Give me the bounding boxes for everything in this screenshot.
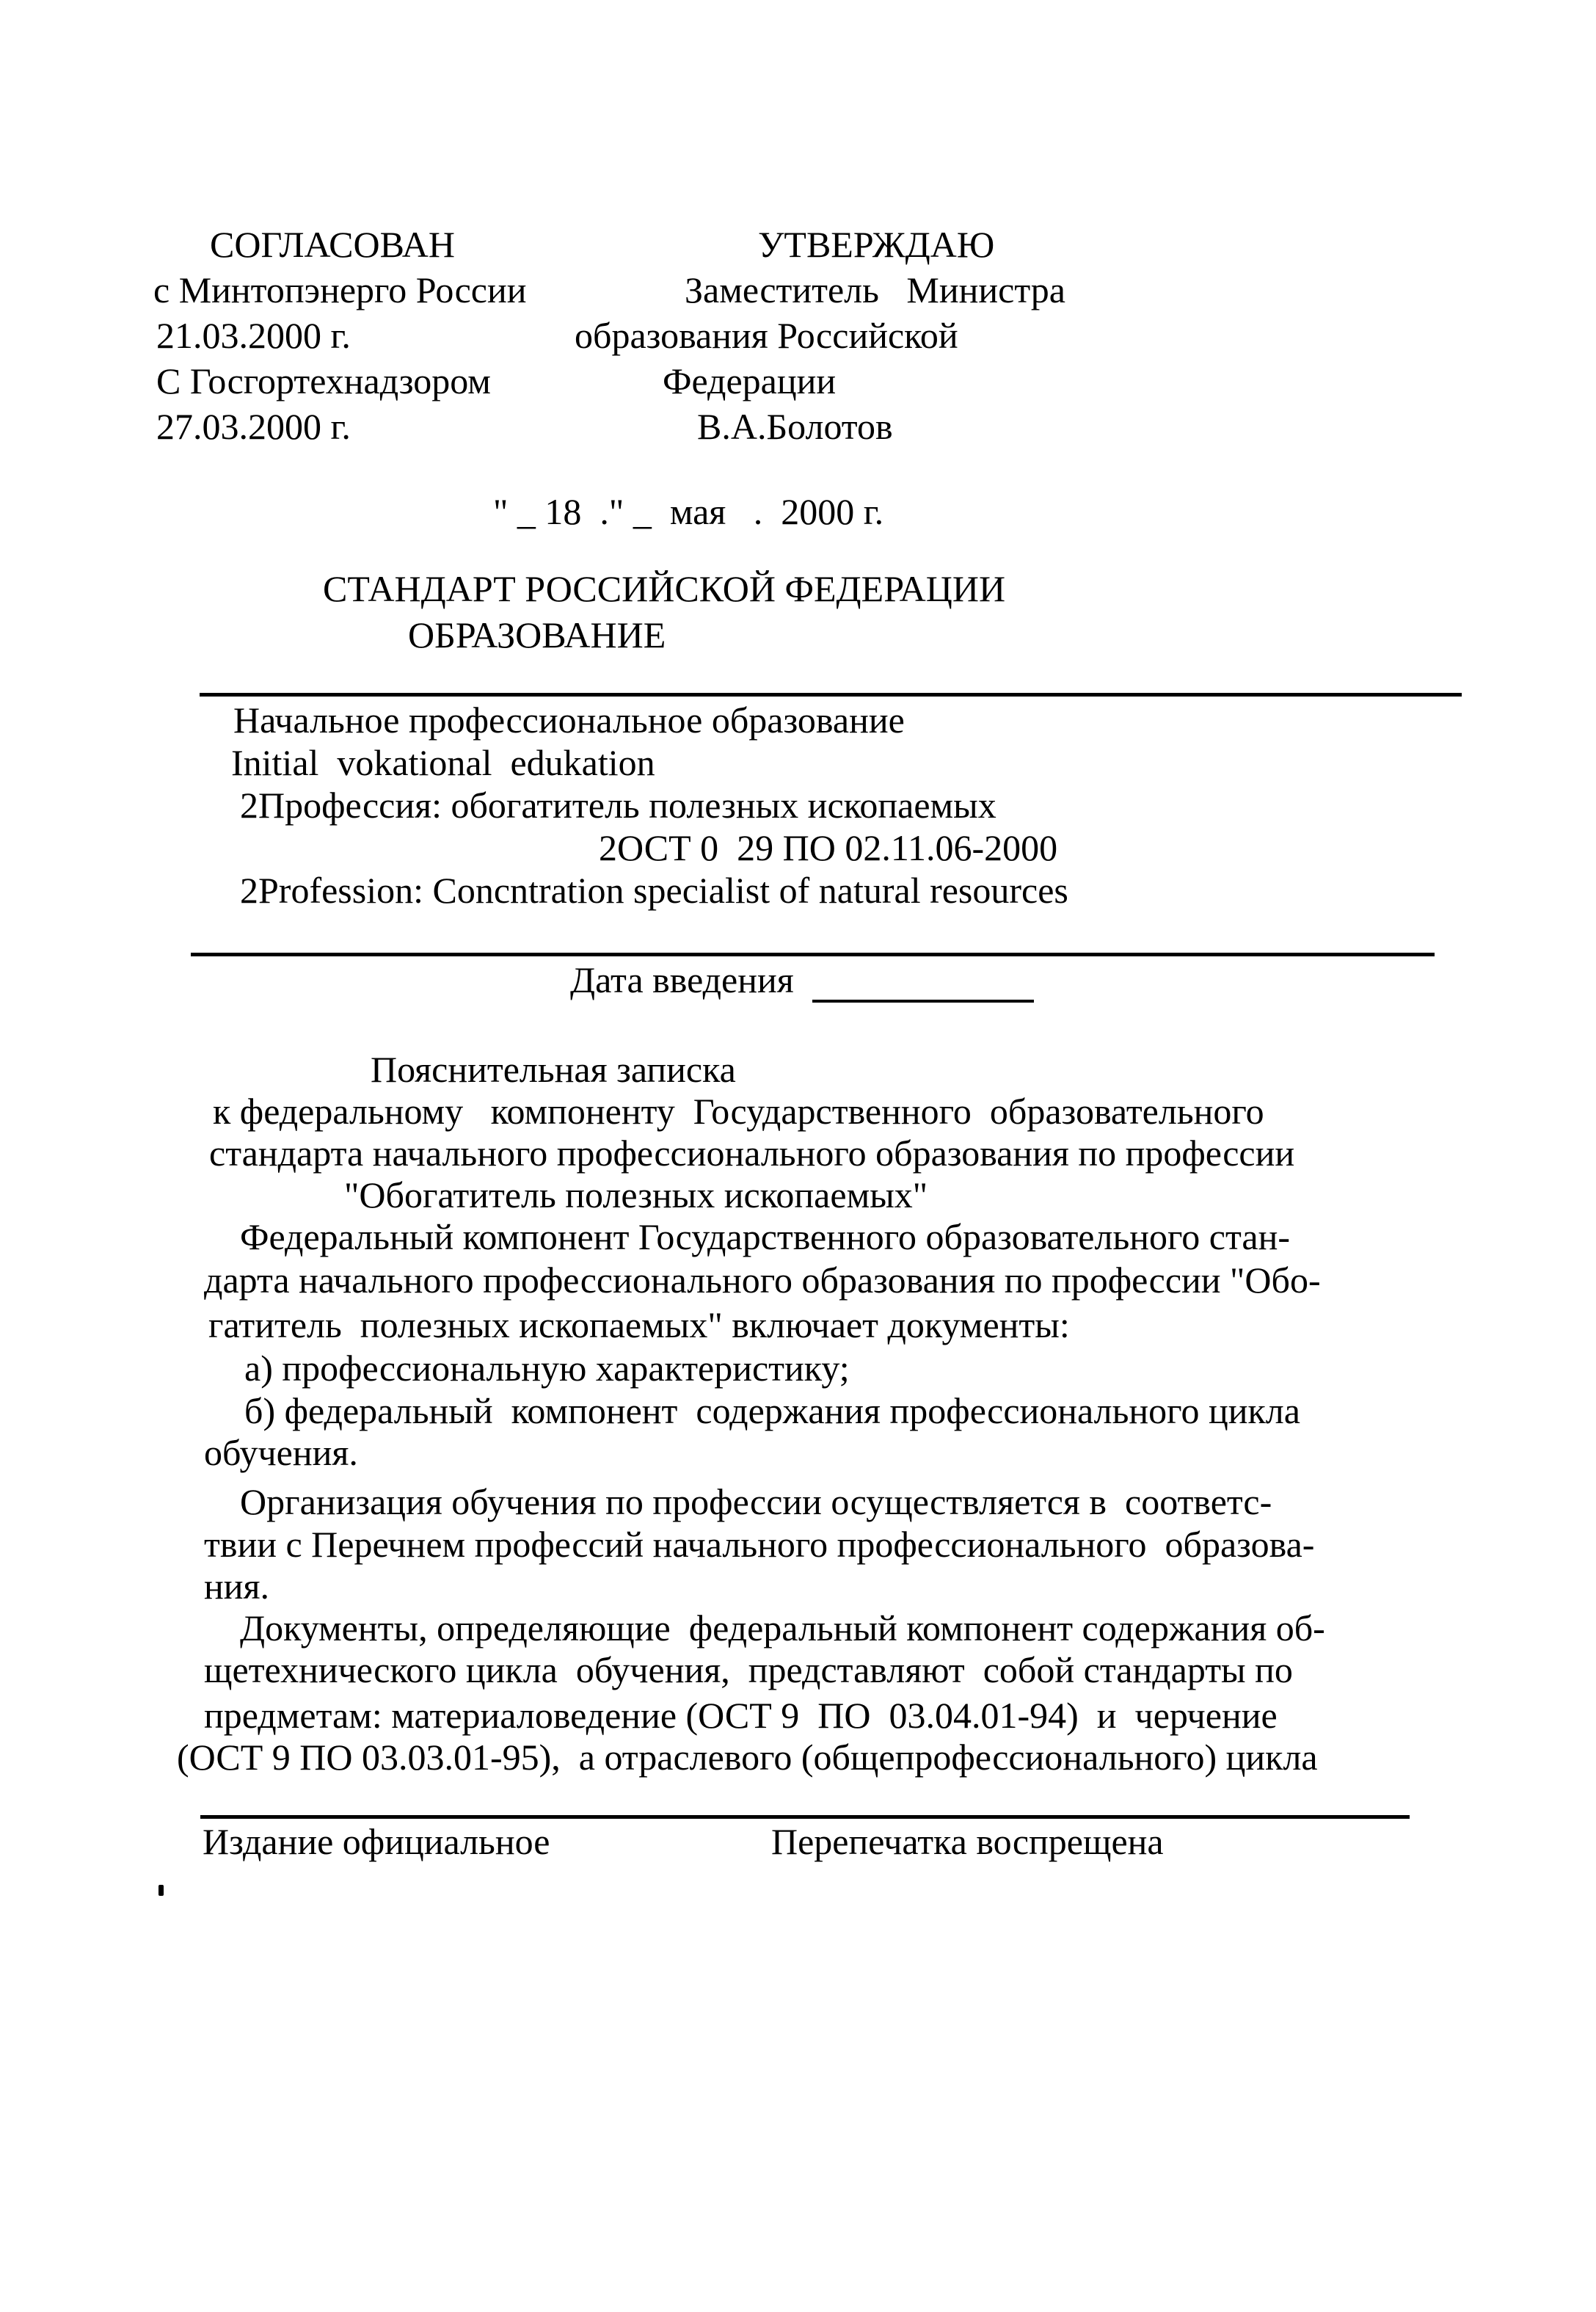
footer-reprint-forbidden: Перепечатка воспрещена: [771, 1822, 1164, 1861]
approval-left-date2: 27.03.2000 г.: [156, 407, 351, 446]
approval-left-date1: 21.03.2000 г.: [156, 316, 351, 355]
signing-date-line: " _ 18 ." _ мая . 2000 г.: [493, 492, 883, 531]
note-line: (ОСТ 9 ПО 03.03.01-95), а отраслевого (о…: [177, 1738, 1318, 1777]
stray-scan-mark: [158, 1885, 164, 1896]
note-line: Федеральный компонент Государственного о…: [240, 1218, 1290, 1257]
note-line: Документы, определяющие федеральный комп…: [240, 1609, 1325, 1648]
note-line: предметам: материаловедение (ОСТ 9 ПО 03…: [204, 1696, 1278, 1735]
standard-education-level-ru: Начальное профессиональное образование: [233, 701, 905, 740]
note-line: дарта начального профессионального образ…: [204, 1261, 1321, 1300]
note-heading: Пояснительная записка: [371, 1050, 736, 1089]
note-line: гатитель полезных ископаемых" включает д…: [208, 1306, 1070, 1345]
approval-right-title: УТВЕРЖДАЮ: [758, 225, 994, 264]
note-line: ния.: [204, 1567, 269, 1606]
footer-official-edition: Издание официальное: [203, 1822, 550, 1861]
note-line: к федеральному компоненту Государственно…: [213, 1092, 1264, 1131]
divider-rule-middle: [191, 953, 1435, 956]
note-line: а) профессиональную характеристику;: [244, 1349, 850, 1388]
standard-profession-ru: 2Профессия: обогатитель полезных ископае…: [240, 786, 996, 825]
standard-education-level-en: Initial vokational edukation: [231, 744, 655, 782]
note-line: твии с Перечнем профессий начального про…: [204, 1525, 1314, 1564]
note-line: стандарта начального профессионального о…: [209, 1134, 1294, 1173]
note-line: "Обогатитель полезных ископаемых": [344, 1176, 928, 1215]
note-line: обучения.: [204, 1433, 358, 1472]
standard-profession-en: 2Profession: Concntration specialist of …: [240, 871, 1068, 910]
document-page: СОГЛАСОВАН УТВЕРЖДАЮ с Минтопэнерго Росс…: [0, 0, 1596, 2312]
approval-right-ministry: образования Российской: [575, 316, 958, 355]
divider-rule-top: [200, 693, 1462, 697]
note-line: Организация обучения по профессии осущес…: [240, 1483, 1272, 1522]
note-line: щетехнического цикла обучения, представл…: [204, 1651, 1293, 1690]
approval-right-post: Заместитель Министра: [685, 271, 1065, 310]
approval-right-federation: Федерации: [663, 362, 836, 401]
note-line: б) федеральный компонент содержания проф…: [244, 1392, 1300, 1431]
document-title: СТАНДАРТ РОССИЙСКОЙ ФЕДЕРАЦИИ: [323, 570, 1005, 608]
introduction-date-blank-line: [812, 1000, 1034, 1003]
approval-left-title: СОГЛАСОВАН: [210, 225, 455, 264]
approval-left-org2: С Госгортехнадзором: [156, 362, 491, 401]
standard-code: 2ОСТ 0 29 ПО 02.11.06-2000: [599, 829, 1057, 868]
document-subtitle: ОБРАЗОВАНИЕ: [408, 616, 666, 655]
approval-left-org: с Минтопэнерго России: [153, 271, 527, 310]
approval-right-signature-name: В.А.Болотов: [697, 407, 893, 446]
divider-rule-footer: [200, 1815, 1410, 1819]
introduction-date-label: Дата введения: [570, 961, 794, 1000]
